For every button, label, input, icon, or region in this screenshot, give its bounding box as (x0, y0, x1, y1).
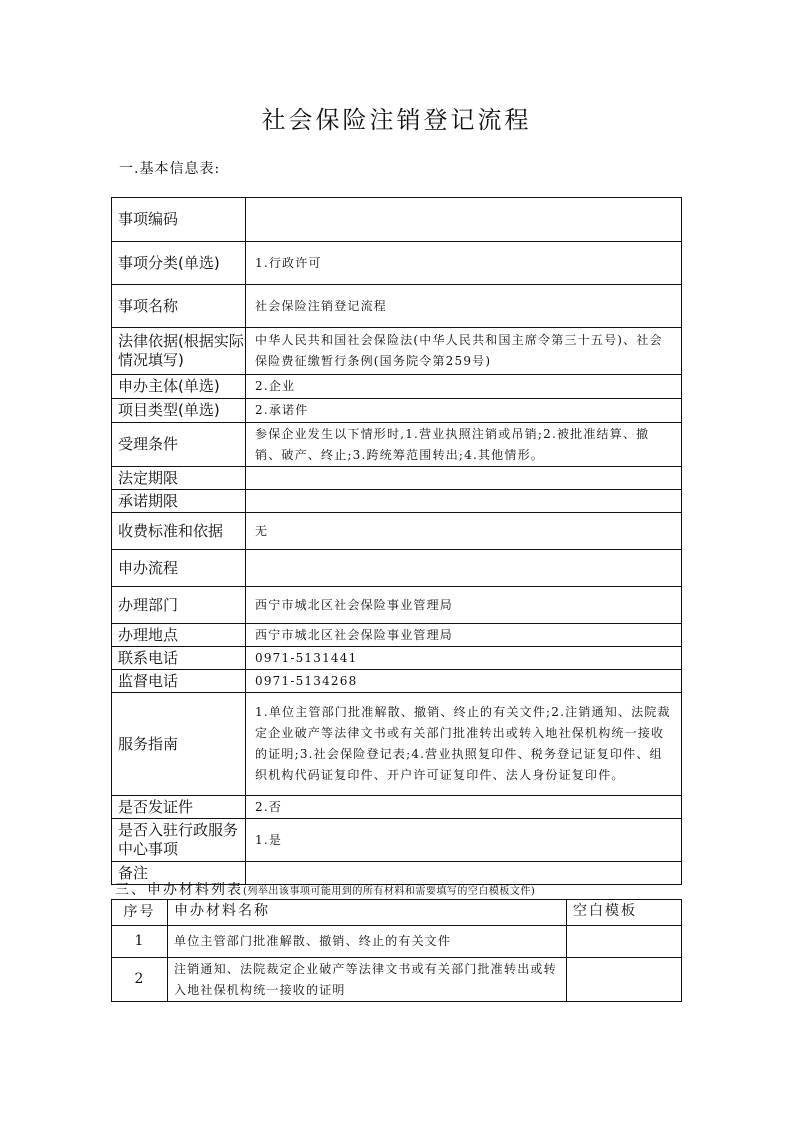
info-value: 社会保险注销登记流程 (246, 285, 682, 328)
info-label: 事项分类(单选) (112, 242, 246, 285)
materials-header-row: 序号 申办材料名称 空白模板 (112, 900, 682, 926)
info-label: 项目类型(单选) (112, 399, 246, 423)
section-materials-heading: 三、申办材料列表(列举出该事项可能用到的所有材料和需要填写的空白模板文件) (115, 879, 535, 899)
info-label: 法律依据(根据实际情况填写) (112, 328, 246, 375)
info-value: 西宁市城北区社会保险事业管理局 (246, 624, 682, 647)
info-label: 联系电话 (112, 647, 246, 670)
info-label: 事项名称 (112, 285, 246, 328)
info-label: 收费标准和依据 (112, 513, 246, 550)
section-materials-note: (列举出该事项可能用到的所有材料和需要填写的空白模板文件) (243, 886, 535, 897)
material-number: 2 (112, 958, 168, 1002)
info-label: 承诺期限 (112, 490, 246, 513)
info-label: 受理条件 (112, 423, 246, 467)
info-value: 西宁市城北区社会保险事业管理局 (246, 587, 682, 624)
info-label: 办理部门 (112, 587, 246, 624)
info-value (246, 198, 682, 242)
section-materials-title: 三、申办材料列表 (115, 882, 243, 898)
info-row-service-center: 是否入驻行政服务中心事项 1.是 (112, 819, 682, 862)
info-label: 服务指南 (112, 693, 246, 796)
basic-info-table: 事项编码 事项分类(单选) 1.行政许可 事项名称 社会保险注销登记流程 法律依… (111, 197, 682, 885)
info-value (246, 467, 682, 490)
info-row-category: 事项分类(单选) 1.行政许可 (112, 242, 682, 285)
materials-row: 1 单位主管部门批准解散、撤销、终止的有关文件 (112, 926, 682, 958)
material-template (567, 926, 682, 958)
header-number: 序号 (112, 900, 168, 926)
material-name: 注销通知、法院裁定企业破产等法律文书或有关部门批准转出或转入地社保机构统一接收的… (168, 958, 567, 1002)
info-row-department: 办理部门 西宁市城北区社会保险事业管理局 (112, 587, 682, 624)
info-value: 2.承诺件 (246, 399, 682, 423)
info-row-item-code: 事项编码 (112, 198, 682, 242)
materials-row: 2 注销通知、法院裁定企业破产等法律文书或有关部门批准转出或转入地社保机构统一接… (112, 958, 682, 1002)
material-number: 1 (112, 926, 168, 958)
info-label: 是否入驻行政服务中心事项 (112, 819, 246, 862)
info-value: 0971-5131441 (246, 647, 682, 670)
info-row-legal-deadline: 法定期限 (112, 467, 682, 490)
info-label: 法定期限 (112, 467, 246, 490)
info-label: 申办主体(单选) (112, 375, 246, 399)
info-label: 监督电话 (112, 670, 246, 693)
info-row-promised-deadline: 承诺期限 (112, 490, 682, 513)
document-title: 社会保险注销登记流程 (0, 100, 793, 135)
info-row-item-name: 事项名称 社会保险注销登记流程 (112, 285, 682, 328)
header-blank-template: 空白模板 (567, 900, 682, 926)
info-label: 办理地点 (112, 624, 246, 647)
info-row-legal-basis: 法律依据(根据实际情况填写) 中华人民共和国社会保险法(中华人民共和国主席令第三… (112, 328, 682, 375)
info-value: 无 (246, 513, 682, 550)
info-row-project-type: 项目类型(单选) 2.承诺件 (112, 399, 682, 423)
info-label: 事项编码 (112, 198, 246, 242)
section-basic-info-heading: 一.基本信息表: (119, 158, 220, 178)
materials-table: 序号 申办材料名称 空白模板 1 单位主管部门批准解散、撤销、终止的有关文件 2… (111, 899, 682, 1002)
info-value (246, 490, 682, 513)
info-row-contact-phone: 联系电话 0971-5131441 (112, 647, 682, 670)
info-value (246, 550, 682, 587)
info-value: 1.行政许可 (246, 242, 682, 285)
header-material-name: 申办材料名称 (168, 900, 567, 926)
info-row-applicant: 申办主体(单选) 2.企业 (112, 375, 682, 399)
info-value: 1.是 (246, 819, 682, 862)
info-label: 是否发证件 (112, 796, 246, 819)
info-row-process: 申办流程 (112, 550, 682, 587)
info-value: 2.企业 (246, 375, 682, 399)
info-row-fee-standard: 收费标准和依据 无 (112, 513, 682, 550)
info-value: 2.否 (246, 796, 682, 819)
info-row-supervision-phone: 监督电话 0971-5134268 (112, 670, 682, 693)
info-row-location: 办理地点 西宁市城北区社会保险事业管理局 (112, 624, 682, 647)
info-row-acceptance-conditions: 受理条件 参保企业发生以下情形时,1.营业执照注销或吊销;2.被批准结算、撤销、… (112, 423, 682, 467)
info-row-certificate-issued: 是否发证件 2.否 (112, 796, 682, 819)
material-name: 单位主管部门批准解散、撤销、终止的有关文件 (168, 926, 567, 958)
material-template (567, 958, 682, 1002)
info-value: 参保企业发生以下情形时,1.营业执照注销或吊销;2.被批准结算、撤销、破产、终止… (246, 423, 682, 467)
info-row-service-guide: 服务指南 1.单位主管部门批准解散、撤销、终止的有关文件;2.注销通知、法院裁定… (112, 693, 682, 796)
info-value: 中华人民共和国社会保险法(中华人民共和国主席令第三十五号)、社会保险费征缴暂行条… (246, 328, 682, 375)
info-value: 0971-5134268 (246, 670, 682, 693)
info-value: 1.单位主管部门批准解散、撤销、终止的有关文件;2.注销通知、法院裁定企业破产等… (246, 693, 682, 796)
info-label: 申办流程 (112, 550, 246, 587)
